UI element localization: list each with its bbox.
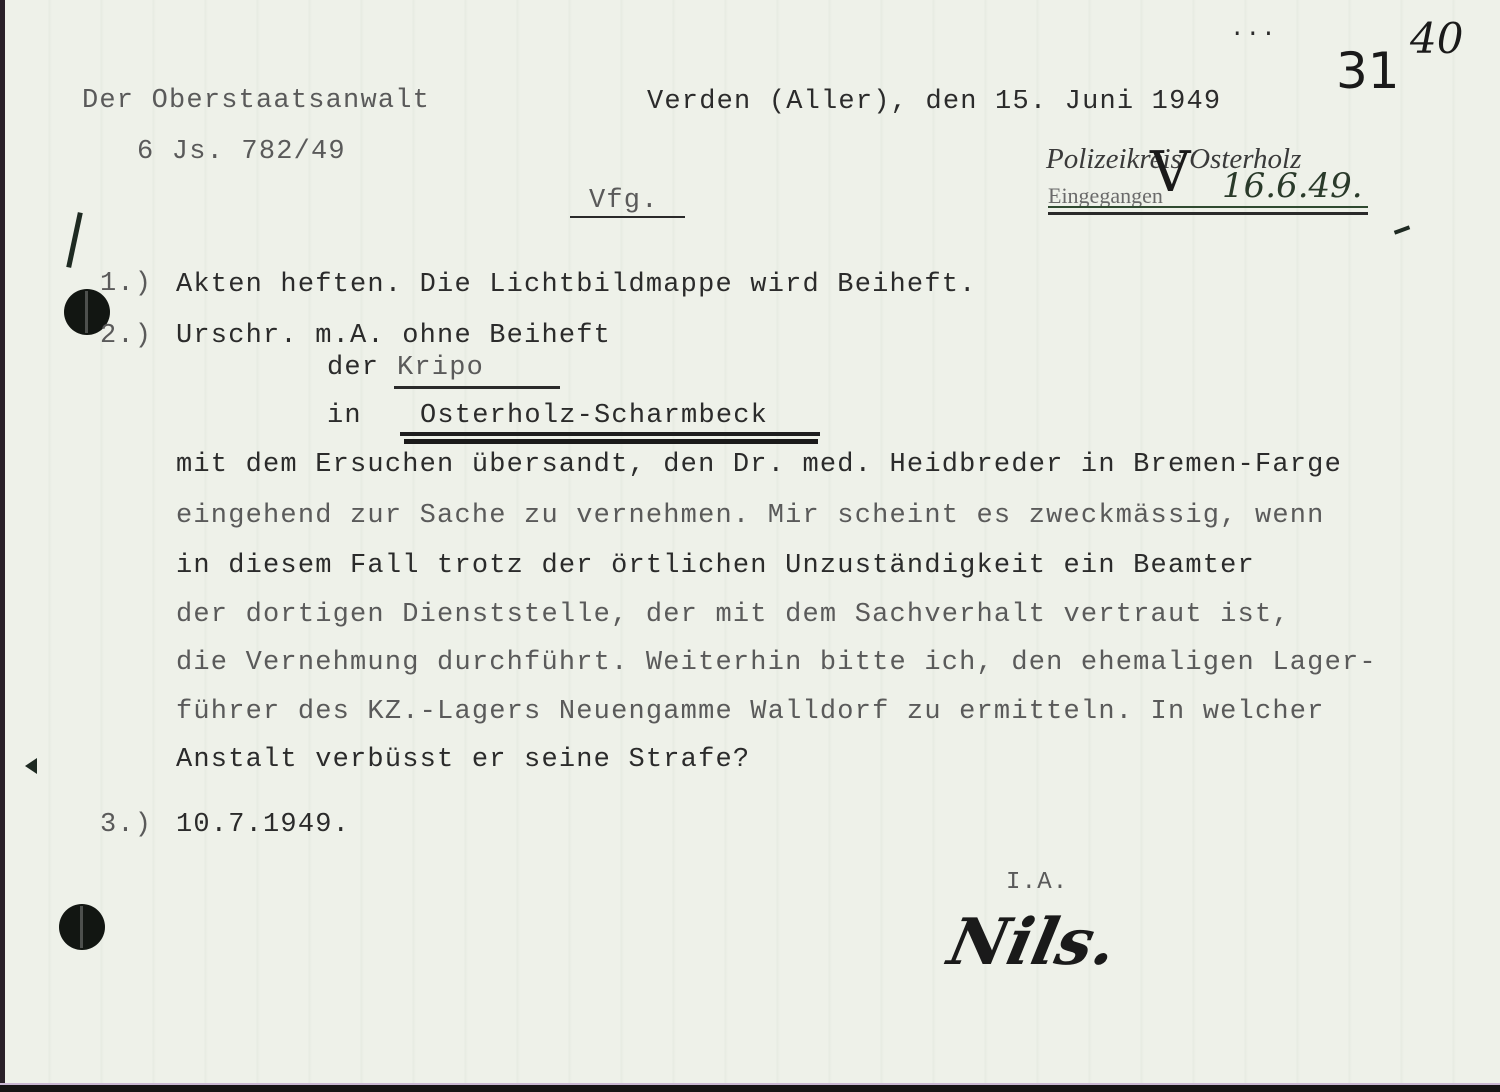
- stamp-underline-1: [1048, 206, 1368, 208]
- body-line: eingehend zur Sache zu vernehmen. Mir sc…: [176, 503, 1325, 530]
- margin-tick-mark: [66, 212, 83, 268]
- scan-bottom-edge: [0, 1083, 1500, 1092]
- item-3-text: 10.7.1949.: [176, 812, 350, 839]
- item-2-number: 2.): [100, 323, 152, 350]
- location-prefix: in: [327, 403, 362, 430]
- page-dots: ...: [1230, 18, 1277, 42]
- body-line: in diesem Fall trotz der örtlichen Unzus…: [176, 553, 1255, 580]
- recipient-underline: [394, 386, 560, 389]
- check-mark: V: [1150, 140, 1190, 205]
- document-page: Der Oberstaatsanwalt 6 Js. 782/49 Verden…: [0, 0, 1500, 1092]
- recipient: Kripo: [397, 355, 484, 382]
- title-underline: [570, 216, 685, 218]
- body-line: die Vernehmung durchführt. Weiterhin bit…: [176, 650, 1377, 677]
- body-line: mit dem Ersuchen übersandt, den Dr. med.…: [176, 452, 1342, 479]
- body-line: der dortigen Dienststelle, der mit dem S…: [176, 602, 1290, 629]
- body-line: führer des KZ.-Lagers Neuengamme Walldor…: [176, 699, 1325, 726]
- recipient-prefix: der: [327, 355, 379, 382]
- place-date: Verden (Aller), den 15. Juni 1949: [647, 89, 1221, 116]
- item-1-number: 1.): [100, 271, 152, 298]
- item-1-text: Akten heften. Die Lichtbildmappe wird Be…: [176, 272, 977, 299]
- punch-hole-bottom: [59, 904, 105, 950]
- scan-left-edge: [0, 0, 5, 1092]
- item-3-number: 3.): [100, 812, 152, 839]
- location: Osterholz-Scharmbeck: [420, 403, 768, 430]
- page-number: 31: [1336, 42, 1400, 100]
- page-number-handwritten: 40: [1410, 14, 1463, 63]
- margin-arrow-mark: [25, 758, 37, 774]
- authority-heading: Der Oberstaatsanwalt: [82, 88, 430, 115]
- item-2-text: Urschr. m.A. ohne Beiheft: [176, 323, 611, 350]
- signature-prefix: I.A.: [1006, 871, 1068, 895]
- stamp-underline-2: [1048, 212, 1368, 215]
- stamp-date-handwritten: 16.6.49.: [1222, 166, 1363, 206]
- location-underline-2: [404, 439, 818, 444]
- location-underline-1: [400, 432, 820, 436]
- file-number: 6 Js. 782/49: [137, 139, 346, 166]
- right-margin-dash: [1394, 225, 1410, 234]
- signature: Nils.: [942, 905, 1123, 980]
- document-title: Vfg.: [589, 188, 659, 215]
- body-line: Anstalt verbüsst er seine Strafe?: [176, 747, 750, 774]
